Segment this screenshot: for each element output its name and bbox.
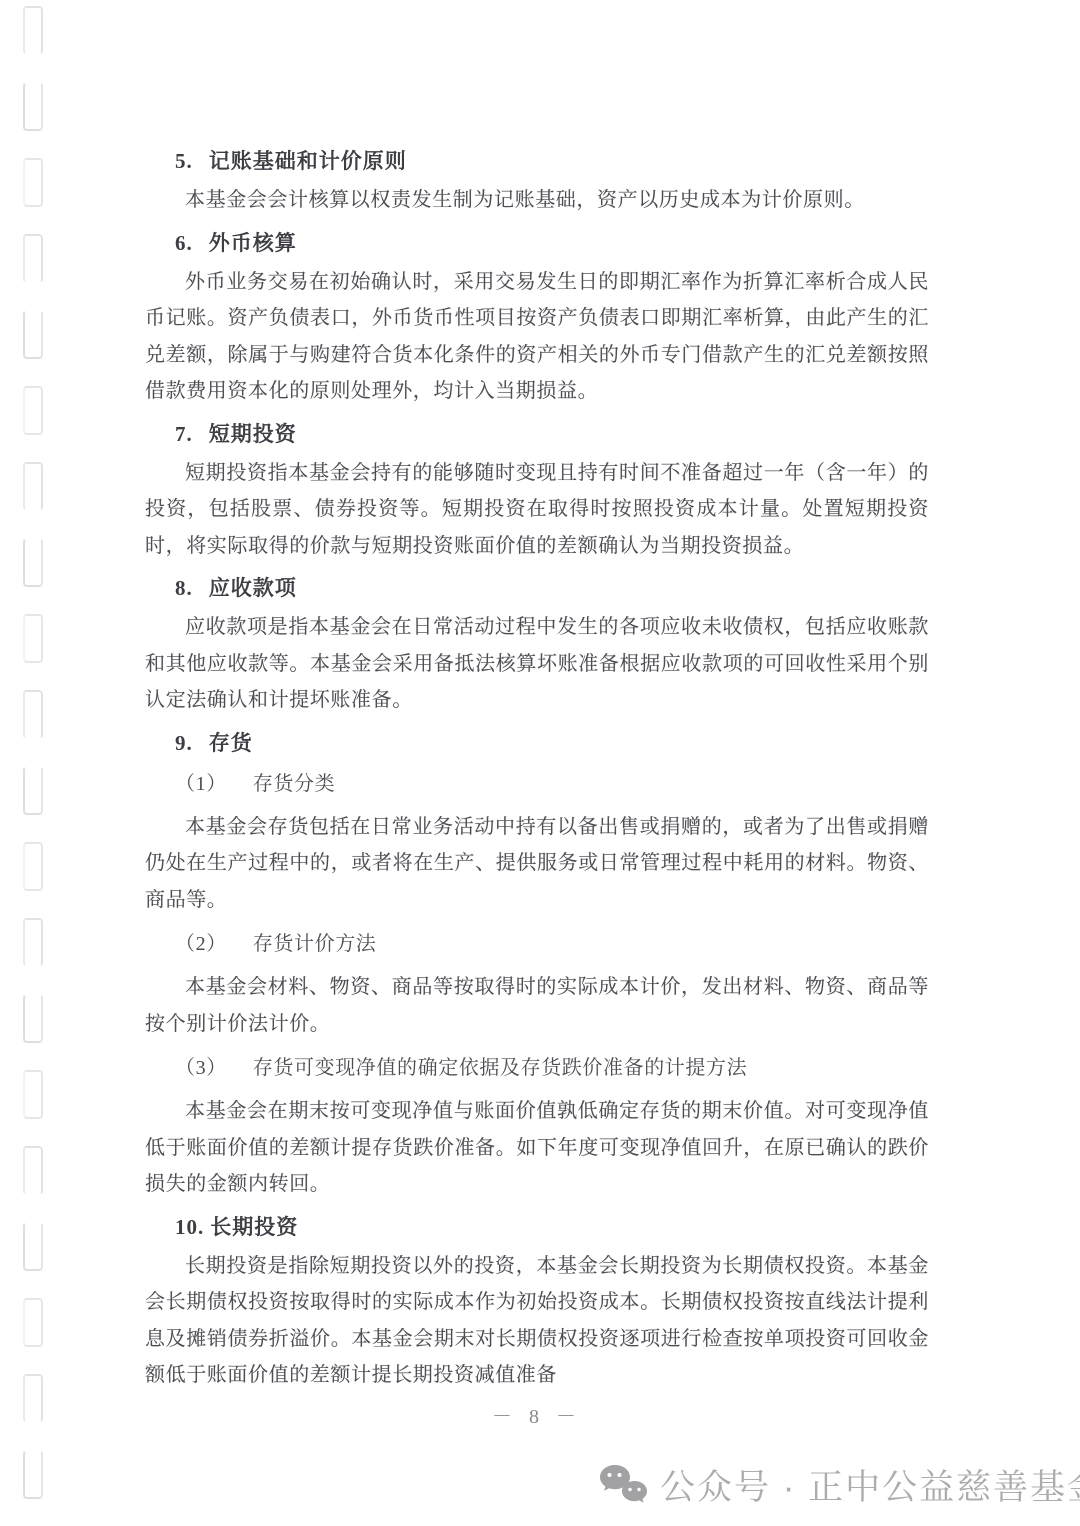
subsection-title: 存货计价方法 xyxy=(253,933,377,955)
section-8-receivables: 8.应收款项 应收款项是指本基金会在日常活动过程中发生的各项应收未收债权，包括应… xyxy=(145,573,929,719)
section-paragraph: 本基金会会计核算以权责发生制为记账基础，资产以历史成本为计价原则。 xyxy=(145,182,929,219)
section-number: 6. xyxy=(175,231,193,255)
binding-mark xyxy=(23,386,43,435)
binding-mark xyxy=(23,538,43,587)
section-title: 应收款项 xyxy=(209,576,297,600)
binding-mark xyxy=(23,158,43,207)
binding-mark xyxy=(23,462,43,511)
subsection-title: 存货可变现净值的确定依据及存货跌价准备的计提方法 xyxy=(253,1057,747,1079)
binding-mark xyxy=(23,994,43,1043)
section-title: 短期投资 xyxy=(209,422,297,446)
page-number: － 8 － xyxy=(145,1400,929,1429)
binding-mark xyxy=(23,690,43,739)
binding-mark xyxy=(23,766,43,815)
binding-mark xyxy=(23,1222,43,1271)
binding-marks xyxy=(0,0,70,1526)
section-10-long-term-investment: 10.长期投资 长期投资是指除短期投资以外的投资，本基金会长期投资为长期债权投资… xyxy=(145,1212,929,1394)
section-paragraph: 外币业务交易在初始确认时，采用交易发生日的即期汇率作为折算汇率析合成人民币记账。… xyxy=(145,264,929,410)
section-number: 7. xyxy=(175,422,193,446)
section-paragraph: 长期投资是指除短期投资以外的投资，本基金会长期投资为长期债权投资。本基金会长期债… xyxy=(145,1248,929,1394)
section-heading: 7.短期投资 xyxy=(175,419,929,449)
binding-mark xyxy=(23,842,43,891)
subsection-paragraph: 本基金会在期末按可变现净值与账面价值孰低确定存货的期末价值。对可变现净值低于账面… xyxy=(145,1093,929,1203)
binding-mark xyxy=(23,614,43,663)
section-number: 9. xyxy=(175,731,193,755)
binding-mark xyxy=(23,1298,43,1347)
section-7-short-term-investment: 7.短期投资 短期投资指本基金会持有的能够随时变现且持有时间不准备超过一年（含一… xyxy=(145,419,929,565)
wechat-icon xyxy=(598,1463,648,1507)
section-heading: 5.记账基础和计价原则 xyxy=(175,146,929,176)
wechat-account-label: 公众号 · 正中公益慈善基金会 xyxy=(660,1460,1080,1510)
subsection-title: 存货分类 xyxy=(253,773,335,795)
binding-mark xyxy=(23,1450,43,1499)
subsection-number: （1） xyxy=(175,773,227,795)
binding-mark xyxy=(23,1374,43,1423)
wechat-watermark: 公众号 · 正中公益慈善基金会 xyxy=(598,1460,1080,1510)
section-title: 记账基础和计价原则 xyxy=(209,149,407,173)
subsection-heading-inventory-valuation: （2）存货计价方法 xyxy=(175,926,929,963)
binding-mark xyxy=(23,310,43,359)
subsection-heading-inventory-classification: （1）存货分类 xyxy=(175,766,929,803)
section-heading: 9.存货 xyxy=(175,728,929,758)
subsection-number: （2） xyxy=(175,933,227,955)
subsection-heading-inventory-write-down: （3）存货可变现净值的确定依据及存货跌价准备的计提方法 xyxy=(175,1050,929,1087)
document-content: 5.记账基础和计价原则 本基金会会计核算以权责发生制为记账基础，资产以历史成本为… xyxy=(145,146,929,1403)
binding-mark xyxy=(23,918,43,967)
section-number: 10. xyxy=(175,1215,204,1239)
section-paragraph: 应收款项是指本基金会在日常活动过程中发生的各项应收未收债权，包括应收账款和其他应… xyxy=(145,609,929,719)
section-number: 5. xyxy=(175,149,193,173)
scanned-document-page: 5.记账基础和计价原则 本基金会会计核算以权责发生制为记账基础，资产以历史成本为… xyxy=(0,0,1080,1526)
subsection-number: （3） xyxy=(175,1057,227,1079)
binding-mark xyxy=(23,82,43,131)
section-heading: 10.长期投资 xyxy=(175,1212,929,1242)
section-6-foreign-currency: 6.外币核算 外币业务交易在初始确认时，采用交易发生日的即期汇率作为折算汇率析合… xyxy=(145,228,929,410)
section-title: 外币核算 xyxy=(209,231,297,255)
subsection-paragraph: 本基金会存货包括在日常业务活动中持有以备出售或捐赠的，或者为了出售或捐赠仍处在生… xyxy=(145,809,929,919)
binding-mark xyxy=(23,1070,43,1119)
binding-mark xyxy=(23,6,43,55)
section-paragraph: 短期投资指本基金会持有的能够随时变现且持有时间不准备超过一年（含一年）的投资，包… xyxy=(145,455,929,565)
binding-mark xyxy=(23,1146,43,1195)
section-heading: 8.应收款项 xyxy=(175,573,929,603)
section-heading: 6.外币核算 xyxy=(175,228,929,258)
section-number: 8. xyxy=(175,576,193,600)
section-5-accounting-basis: 5.记账基础和计价原则 本基金会会计核算以权责发生制为记账基础，资产以历史成本为… xyxy=(145,146,929,219)
binding-mark xyxy=(23,234,43,283)
section-9-inventory: 9.存货 （1）存货分类 本基金会存货包括在日常业务活动中持有以备出售或捐赠的，… xyxy=(145,728,929,1203)
section-title: 长期投资 xyxy=(210,1215,298,1239)
subsection-paragraph: 本基金会材料、物资、商品等按取得时的实际成本计价，发出材料、物资、商品等按个别计… xyxy=(145,969,929,1042)
section-title: 存货 xyxy=(209,731,253,755)
